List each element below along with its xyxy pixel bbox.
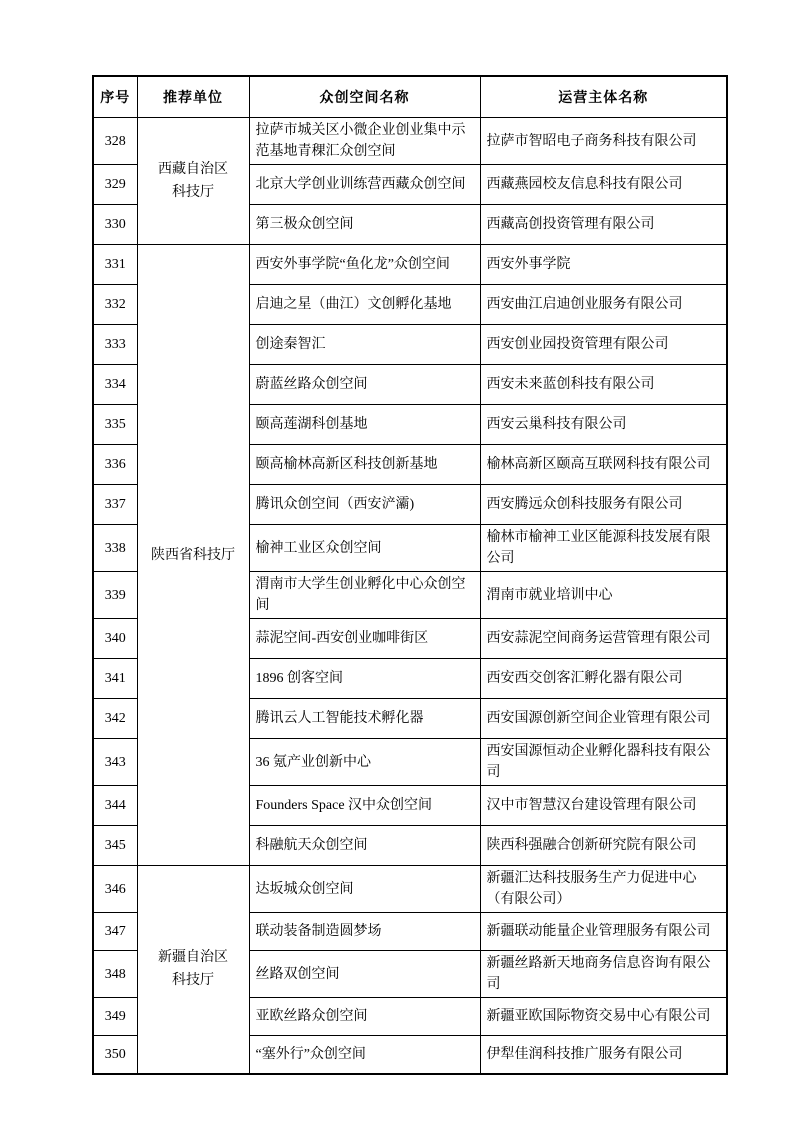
operator-name-cell: 汉中市智慧汉台建设管理有限公司 <box>480 786 727 826</box>
recommending-unit-cell: 新疆自治区 科技厅 <box>137 866 249 1074</box>
serial-cell: 342 <box>93 699 137 739</box>
operator-name-cell: 榆林市榆神工业区能源科技发展有限公司 <box>480 525 727 572</box>
operator-name-cell: 新疆亚欧国际物资交易中心有限公司 <box>480 998 727 1036</box>
space-name-cell: 36 氪产业创新中心 <box>249 739 480 786</box>
space-name-cell: 创途秦智汇 <box>249 325 480 365</box>
serial-cell: 334 <box>93 365 137 405</box>
table-row: 331 陕西省科技厅 西安外事学院“鱼化龙”众创空间 西安外事学院 <box>93 245 727 285</box>
space-name-cell: 丝路双创空间 <box>249 951 480 998</box>
operator-name-cell: 新疆联动能量企业管理服务有限公司 <box>480 913 727 951</box>
operator-name-cell: 新疆汇达科技服务生产力促进中心（有限公司） <box>480 866 727 913</box>
space-name-cell: 颐高莲湖科创基地 <box>249 405 480 445</box>
operator-name-cell: 西藏燕园校友信息科技有限公司 <box>480 165 727 205</box>
space-name-cell: 达坂城众创空间 <box>249 866 480 913</box>
serial-cell: 345 <box>93 826 137 866</box>
space-name-cell: 北京大学创业训练营西藏众创空间 <box>249 165 480 205</box>
operator-name-cell: 榆林高新区颐高互联网科技有限公司 <box>480 445 727 485</box>
operator-name-cell: 伊犁佳润科技推广服务有限公司 <box>480 1036 727 1074</box>
operator-name-cell: 拉萨市智昭电子商务科技有限公司 <box>480 118 727 165</box>
space-name-cell: 西安外事学院“鱼化龙”众创空间 <box>249 245 480 285</box>
space-name-cell: 第三极众创空间 <box>249 205 480 245</box>
space-name-cell: 蔚蓝丝路众创空间 <box>249 365 480 405</box>
serial-cell: 329 <box>93 165 137 205</box>
operator-name-cell: 西安曲江启迪创业服务有限公司 <box>480 285 727 325</box>
serial-cell: 343 <box>93 739 137 786</box>
serial-cell: 335 <box>93 405 137 445</box>
space-name-cell: Founders Space 汉中众创空间 <box>249 786 480 826</box>
column-header-space-name: 众创空间名称 <box>249 76 480 118</box>
serial-cell: 344 <box>93 786 137 826</box>
serial-cell: 333 <box>93 325 137 365</box>
serial-cell: 340 <box>93 619 137 659</box>
operator-name-cell: 西安西交创客汇孵化器有限公司 <box>480 659 727 699</box>
serial-cell: 332 <box>93 285 137 325</box>
header-row: 序号 推荐单位 众创空间名称 运营主体名称 <box>93 76 727 118</box>
makerspace-table: 序号 推荐单位 众创空间名称 运营主体名称 328 西藏自治区 科技厅 拉萨市城… <box>92 75 728 1075</box>
space-name-cell: 榆神工业区众创空间 <box>249 525 480 572</box>
operator-name-cell: 西安国源恒动企业孵化器科技有限公司 <box>480 739 727 786</box>
column-header-operator-name: 运营主体名称 <box>480 76 727 118</box>
serial-cell: 347 <box>93 913 137 951</box>
space-name-cell: 渭南市大学生创业孵化中心众创空间 <box>249 572 480 619</box>
recommending-unit-cell: 西藏自治区 科技厅 <box>137 118 249 245</box>
space-name-cell: 联动装备制造圆梦场 <box>249 913 480 951</box>
operator-name-cell: 西藏高创投资管理有限公司 <box>480 205 727 245</box>
table-row: 328 西藏自治区 科技厅 拉萨市城关区小微企业创业集中示范基地青稞汇众创空间 … <box>93 118 727 165</box>
serial-cell: 338 <box>93 525 137 572</box>
space-name-cell: 腾讯云人工智能技术孵化器 <box>249 699 480 739</box>
serial-cell: 339 <box>93 572 137 619</box>
serial-cell: 336 <box>93 445 137 485</box>
serial-cell: 341 <box>93 659 137 699</box>
operator-name-cell: 西安腾远众创科技服务有限公司 <box>480 485 727 525</box>
operator-name-cell: 西安云巢科技有限公司 <box>480 405 727 445</box>
operator-name-cell: 西安创业园投资管理有限公司 <box>480 325 727 365</box>
column-header-serial: 序号 <box>93 76 137 118</box>
serial-cell: 330 <box>93 205 137 245</box>
space-name-cell: “塞外行”众创空间 <box>249 1036 480 1074</box>
space-name-cell: 腾讯众创空间（西安浐灞) <box>249 485 480 525</box>
operator-name-cell: 西安未来蓝创科技有限公司 <box>480 365 727 405</box>
space-name-cell: 蒜泥空间-西安创业咖啡街区 <box>249 619 480 659</box>
serial-cell: 337 <box>93 485 137 525</box>
space-name-cell: 1896 创客空间 <box>249 659 480 699</box>
column-header-recommending-unit: 推荐单位 <box>137 76 249 118</box>
serial-cell: 328 <box>93 118 137 165</box>
operator-name-cell: 新疆丝路新天地商务信息咨询有限公司 <box>480 951 727 998</box>
operator-name-cell: 西安国源创新空间企业管理有限公司 <box>480 699 727 739</box>
document-page: 序号 推荐单位 众创空间名称 运营主体名称 328 西藏自治区 科技厅 拉萨市城… <box>0 0 793 1122</box>
serial-cell: 348 <box>93 951 137 998</box>
serial-cell: 349 <box>93 998 137 1036</box>
operator-name-cell: 渭南市就业培训中心 <box>480 572 727 619</box>
serial-cell: 346 <box>93 866 137 913</box>
space-name-cell: 拉萨市城关区小微企业创业集中示范基地青稞汇众创空间 <box>249 118 480 165</box>
table-row: 346 新疆自治区 科技厅 达坂城众创空间 新疆汇达科技服务生产力促进中心（有限… <box>93 866 727 913</box>
recommending-unit-cell: 陕西省科技厅 <box>137 245 249 866</box>
serial-cell: 350 <box>93 1036 137 1074</box>
space-name-cell: 颐高榆林高新区科技创新基地 <box>249 445 480 485</box>
operator-name-cell: 西安蒜泥空间商务运营管理有限公司 <box>480 619 727 659</box>
space-name-cell: 亚欧丝路众创空间 <box>249 998 480 1036</box>
serial-cell: 331 <box>93 245 137 285</box>
operator-name-cell: 西安外事学院 <box>480 245 727 285</box>
operator-name-cell: 陕西科强融合创新研究院有限公司 <box>480 826 727 866</box>
space-name-cell: 科融航天众创空间 <box>249 826 480 866</box>
space-name-cell: 启迪之星（曲江）文创孵化基地 <box>249 285 480 325</box>
